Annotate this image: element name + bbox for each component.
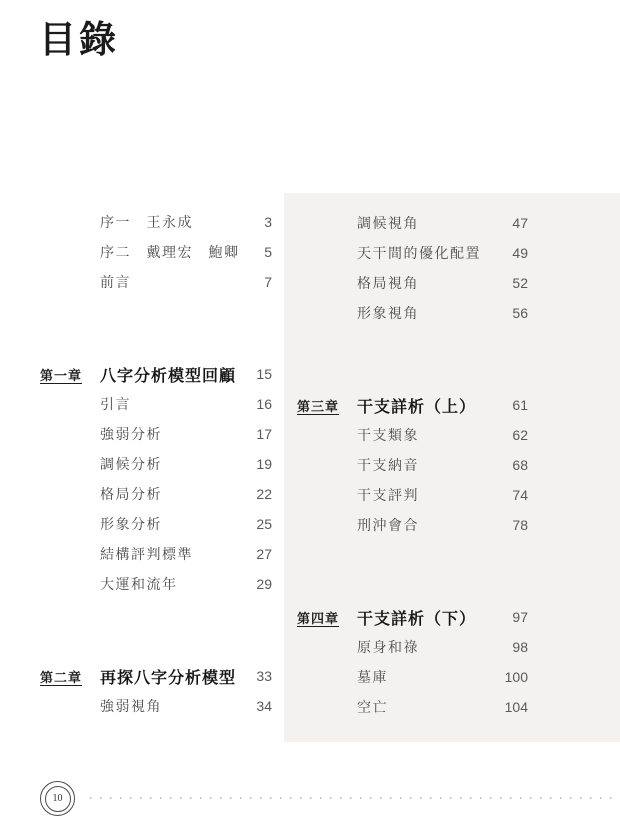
entry-title: 干支詳析（上） <box>357 394 498 417</box>
toc-group: 第四章干支詳析（下）97原身和祿98墓庫100空亡104 <box>297 602 528 722</box>
entry-page-number: 104 <box>498 699 528 715</box>
dotted-rule <box>90 797 612 799</box>
entry-title: 格局分析 <box>100 484 242 504</box>
toc-entry-row: 天干間的優化配置49 <box>297 238 528 268</box>
entry-title: 強弱分析 <box>100 424 242 444</box>
entry-title: 再探八字分析模型 <box>100 665 242 688</box>
entry-page-number: 17 <box>242 426 272 442</box>
toc-entry-row: 強弱視角34 <box>40 691 272 721</box>
toc-group: 第二章再探八字分析模型33強弱視角34 <box>40 661 272 721</box>
entry-title: 引言 <box>100 394 242 414</box>
toc-chapter-row: 第一章八字分析模型回顧15 <box>40 359 272 389</box>
entry-title: 結構評判標準 <box>100 544 242 564</box>
entry-page-number: 3 <box>242 214 272 230</box>
toc-entry-row: 序一 王永成3 <box>40 207 272 237</box>
page-number-badge: 10 <box>40 781 75 816</box>
toc-entry-row: 結構評判標準27 <box>40 539 272 569</box>
entry-title: 干支評判 <box>357 485 498 505</box>
entry-page-number: 34 <box>242 698 272 714</box>
toc-column-left: 序一 王永成3序二 戴理宏 鮑卿5前言7第一章八字分析模型回顧15引言16強弱分… <box>40 207 272 783</box>
entry-title: 原身和祿 <box>357 637 498 657</box>
entry-title: 八字分析模型回顧 <box>100 363 242 386</box>
entry-page-number: 74 <box>498 487 528 503</box>
toc-entry-row: 序二 戴理宏 鮑卿5 <box>40 237 272 267</box>
toc-chapter-row: 第二章再探八字分析模型33 <box>40 661 272 691</box>
toc-entry-row: 干支評判74 <box>297 480 528 510</box>
entry-page-number: 16 <box>242 396 272 412</box>
entry-title: 干支納音 <box>357 455 498 475</box>
toc-entry-row: 前言7 <box>40 267 272 297</box>
entry-page-number: 19 <box>242 456 272 472</box>
toc-page: 目錄 序一 王永成3序二 戴理宏 鮑卿5前言7第一章八字分析模型回顧15引言16… <box>0 0 620 836</box>
toc-group: 第三章干支詳析（上）61干支類象62干支納音68干支評判74刑沖會合78 <box>297 390 528 540</box>
chapter-label: 第四章 <box>297 608 357 627</box>
chapter-label: 第三章 <box>297 396 357 415</box>
entry-page-number: 15 <box>242 366 272 382</box>
entry-page-number: 61 <box>498 397 528 413</box>
toc-entry-row: 干支類象62 <box>297 420 528 450</box>
toc-entry-row: 強弱分析17 <box>40 419 272 449</box>
toc-group: 第一章八字分析模型回顧15引言16強弱分析17調候分析19格局分析22形象分析2… <box>40 359 272 599</box>
page-title: 目錄 <box>39 20 119 61</box>
toc-entry-row: 刑沖會合78 <box>297 510 528 540</box>
entry-page-number: 47 <box>498 215 528 231</box>
entry-title: 干支類象 <box>357 425 498 445</box>
toc-entry-row: 格局視角52 <box>297 268 528 298</box>
toc-entry-row: 形象分析25 <box>40 509 272 539</box>
chapter-label: 第一章 <box>40 365 100 384</box>
page-number: 10 <box>53 793 63 804</box>
entry-title: 形象分析 <box>100 514 242 534</box>
entry-title: 墓庫 <box>357 667 498 687</box>
toc-chapter-row: 第四章干支詳析（下）97 <box>297 602 528 632</box>
entry-page-number: 5 <box>242 244 272 260</box>
entry-title: 前言 <box>100 272 242 292</box>
toc-entry-row: 空亡104 <box>297 692 528 722</box>
entry-title: 強弱視角 <box>100 696 242 716</box>
toc-entry-row: 大運和流年29 <box>40 569 272 599</box>
page-number-inner-circle: 10 <box>45 786 71 812</box>
toc-entry-row: 引言16 <box>40 389 272 419</box>
entry-title: 格局視角 <box>357 273 498 293</box>
toc-chapter-row: 第三章干支詳析（上）61 <box>297 390 528 420</box>
entry-page-number: 97 <box>498 609 528 625</box>
entry-page-number: 33 <box>242 668 272 684</box>
toc-entry-row: 墓庫100 <box>297 662 528 692</box>
entry-title: 大運和流年 <box>100 574 242 594</box>
entry-page-number: 29 <box>242 576 272 592</box>
entry-page-number: 52 <box>498 275 528 291</box>
toc-entry-row: 原身和祿98 <box>297 632 528 662</box>
entry-title: 序二 戴理宏 鮑卿 <box>100 242 242 262</box>
entry-page-number: 56 <box>498 305 528 321</box>
entry-title: 刑沖會合 <box>357 515 498 535</box>
entry-title: 序一 王永成 <box>100 212 242 232</box>
entry-page-number: 7 <box>242 274 272 290</box>
chapter-label: 第二章 <box>40 667 100 686</box>
entry-page-number: 22 <box>242 486 272 502</box>
entry-title: 干支詳析（下） <box>357 606 498 629</box>
entry-page-number: 100 <box>498 669 528 685</box>
toc-entry-row: 形象視角56 <box>297 298 528 328</box>
entry-title: 天干間的優化配置 <box>357 243 498 263</box>
entry-title: 空亡 <box>357 697 498 717</box>
entry-title: 形象視角 <box>357 303 498 323</box>
entry-page-number: 78 <box>498 517 528 533</box>
entry-page-number: 68 <box>498 457 528 473</box>
toc-group: 序一 王永成3序二 戴理宏 鮑卿5前言7 <box>40 207 272 297</box>
toc-entry-row: 調候視角47 <box>297 208 528 238</box>
toc-entry-row: 干支納音68 <box>297 450 528 480</box>
toc-entry-row: 調候分析19 <box>40 449 272 479</box>
entry-page-number: 98 <box>498 639 528 655</box>
entry-page-number: 62 <box>498 427 528 443</box>
toc-column-right: 調候視角47天干間的優化配置49格局視角52形象視角56第三章干支詳析（上）61… <box>297 208 528 784</box>
entry-page-number: 49 <box>498 245 528 261</box>
entry-page-number: 27 <box>242 546 272 562</box>
toc-entry-row: 格局分析22 <box>40 479 272 509</box>
toc-group: 調候視角47天干間的優化配置49格局視角52形象視角56 <box>297 208 528 328</box>
entry-title: 調候視角 <box>357 213 498 233</box>
entry-title: 調候分析 <box>100 454 242 474</box>
entry-page-number: 25 <box>242 516 272 532</box>
